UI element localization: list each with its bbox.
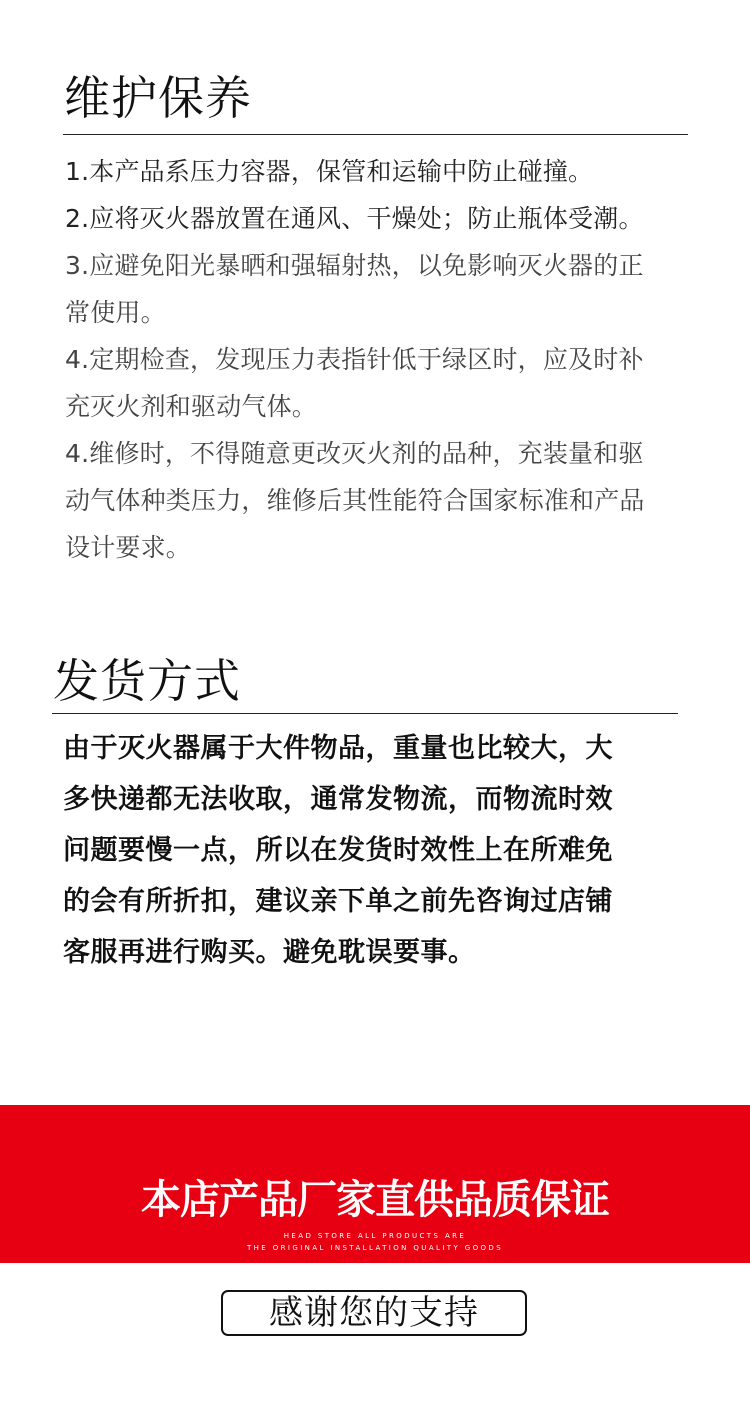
shipping-title: 发货方式 <box>53 658 241 704</box>
quality-guarantee-banner: 本店产品厂家直供品质保证 HEAD STORE ALL PRODUCTS ARE… <box>0 1105 750 1263</box>
maintenance-item-5-cont2: 设计要求。 <box>65 524 695 571</box>
banner-subtitle-line-1: HEAD STORE ALL PRODUCTS ARE <box>0 1231 750 1241</box>
maintenance-item-2: 2.应将灭火器放置在通风、干燥处；防止瓶体受潮。 <box>65 195 695 242</box>
banner-title: 本店产品厂家直供品质保证 <box>0 1178 750 1222</box>
maintenance-item-3-cont: 常使用。 <box>65 289 695 336</box>
maintenance-list: 1.本产品系压力容器，保管和运输中防止碰撞。 2.应将灭火器放置在通风、干燥处；… <box>65 148 695 571</box>
maintenance-item-5: 4.维修时，不得随意更改灭火剂的品种，充装量和驱 <box>65 430 695 477</box>
thanks-box: 感谢您的支持 <box>221 1290 527 1336</box>
shipping-line-2: 多快递都无法收取，通常发物流，而物流时效 <box>63 774 688 825</box>
shipping-line-5: 客服再进行购买。避免耽误要事。 <box>63 927 688 978</box>
thanks-text: 感谢您的支持 <box>269 1296 479 1330</box>
shipping-description: 由于灭火器属于大件物品，重量也比较大，大 多快递都无法收取，通常发物流，而物流时… <box>63 723 688 978</box>
maintenance-item-5-cont: 动气体种类压力，维修后其性能符合国家标准和产品 <box>65 477 695 524</box>
shipping-divider <box>52 713 678 714</box>
shipping-line-3: 问题要慢一点，所以在发货时效性上在所难免 <box>63 825 688 876</box>
shipping-line-1: 由于灭火器属于大件物品，重量也比较大，大 <box>63 723 688 774</box>
maintenance-item-4-cont: 充灭火剂和驱动气体。 <box>65 383 695 430</box>
maintenance-title: 维护保养 <box>64 75 252 121</box>
maintenance-item-3: 3.应避免阳光暴晒和强辐射热，以免影响灭火器的正 <box>65 242 695 289</box>
maintenance-item-4: 4.定期检查，发现压力表指针低于绿区时，应及时补 <box>65 336 695 383</box>
shipping-line-4: 的会有所折扣，建议亲下单之前先咨询过店铺 <box>63 876 688 927</box>
banner-subtitle-line-2: THE ORIGINAL INSTALLATION QUALITY GOODS <box>0 1243 750 1253</box>
maintenance-item-1: 1.本产品系压力容器，保管和运输中防止碰撞。 <box>65 148 695 195</box>
maintenance-divider <box>63 134 688 135</box>
